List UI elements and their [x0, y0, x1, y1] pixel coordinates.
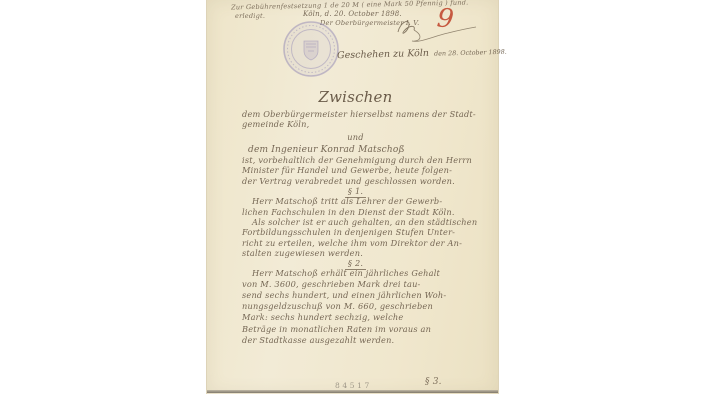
body-line: Als solcher ist er auch gehalten, an den…	[242, 217, 469, 227]
body-line-allowance: nungsgeldzuschuß von M. 660, geschrieben	[242, 301, 469, 312]
manuscript-paper: Zur Gebührenfestsetzung 1 de 20 M ( eine…	[206, 0, 499, 394]
body-line: Herr Matschoß tritt als Lehrer der Gewer…	[242, 196, 469, 206]
section-2-heading: § 2.	[242, 258, 469, 268]
body-line: lichen Fachschulen in den Dienst der Sta…	[242, 207, 469, 217]
body-line: der Vertrag verabredet und geschlossen w…	[242, 176, 469, 186]
fee-note-line2: erledigt.	[235, 12, 265, 20]
place-date-line: Köln, d. 20. October 1898.	[303, 10, 402, 18]
body-line-salary: von M. 3600, geschrieben Mark drei tau-	[242, 279, 469, 290]
section-1-heading: § 1.	[242, 186, 469, 196]
next-section-mark: § 3.	[425, 377, 442, 387]
protocol-script: Geschehen zu Köln	[337, 48, 429, 61]
contract-heading: Zwischen	[242, 88, 469, 106]
body-line: Beträge in monatlichen Raten im voraus a…	[242, 324, 469, 335]
protocol-line: Geschehen zu Köln den 28. October 1898.	[337, 39, 507, 62]
body-line-party-name: dem Ingenieur Konrad Matschoß	[242, 145, 469, 155]
contract-body: Zwischen dem Oberbürgermeister hierselbs…	[242, 88, 469, 346]
body-line: stalten zugewiesen werden.	[242, 248, 469, 258]
paper-bottom-edge	[207, 390, 498, 393]
scanned-document-page: Zur Gebührenfestsetzung 1 de 20 M ( eine…	[0, 0, 705, 397]
body-line: send sechs hundert, und einen jährlichen…	[242, 290, 469, 301]
city-seal-icon	[282, 20, 340, 78]
body-line: und	[242, 132, 469, 142]
archive-stamp-number: 84517	[335, 381, 372, 390]
body-line: dem Oberbürgermeister hierselbst namens …	[242, 109, 469, 119]
body-line: richt zu erteilen, welche ihm vom Direkt…	[242, 238, 469, 248]
body-line: Herr Matschoß erhält ein jährliches Geha…	[242, 268, 469, 278]
body-line: Fortbildungsschulen in denjenigen Stufen…	[242, 227, 469, 237]
body-line: Mark: sechs hundert sechzig, welche	[242, 312, 469, 323]
protocol-date: den 28. October 1898.	[434, 48, 507, 58]
body-line: ist, vorbehaltlich der Genehmigung durch…	[242, 155, 469, 165]
body-line: der Stadtkasse ausgezahlt werden.	[242, 335, 469, 346]
body-line: Minister für Handel und Gewerbe, heute f…	[242, 165, 469, 175]
body-line: gemeinde Köln,	[242, 119, 469, 129]
